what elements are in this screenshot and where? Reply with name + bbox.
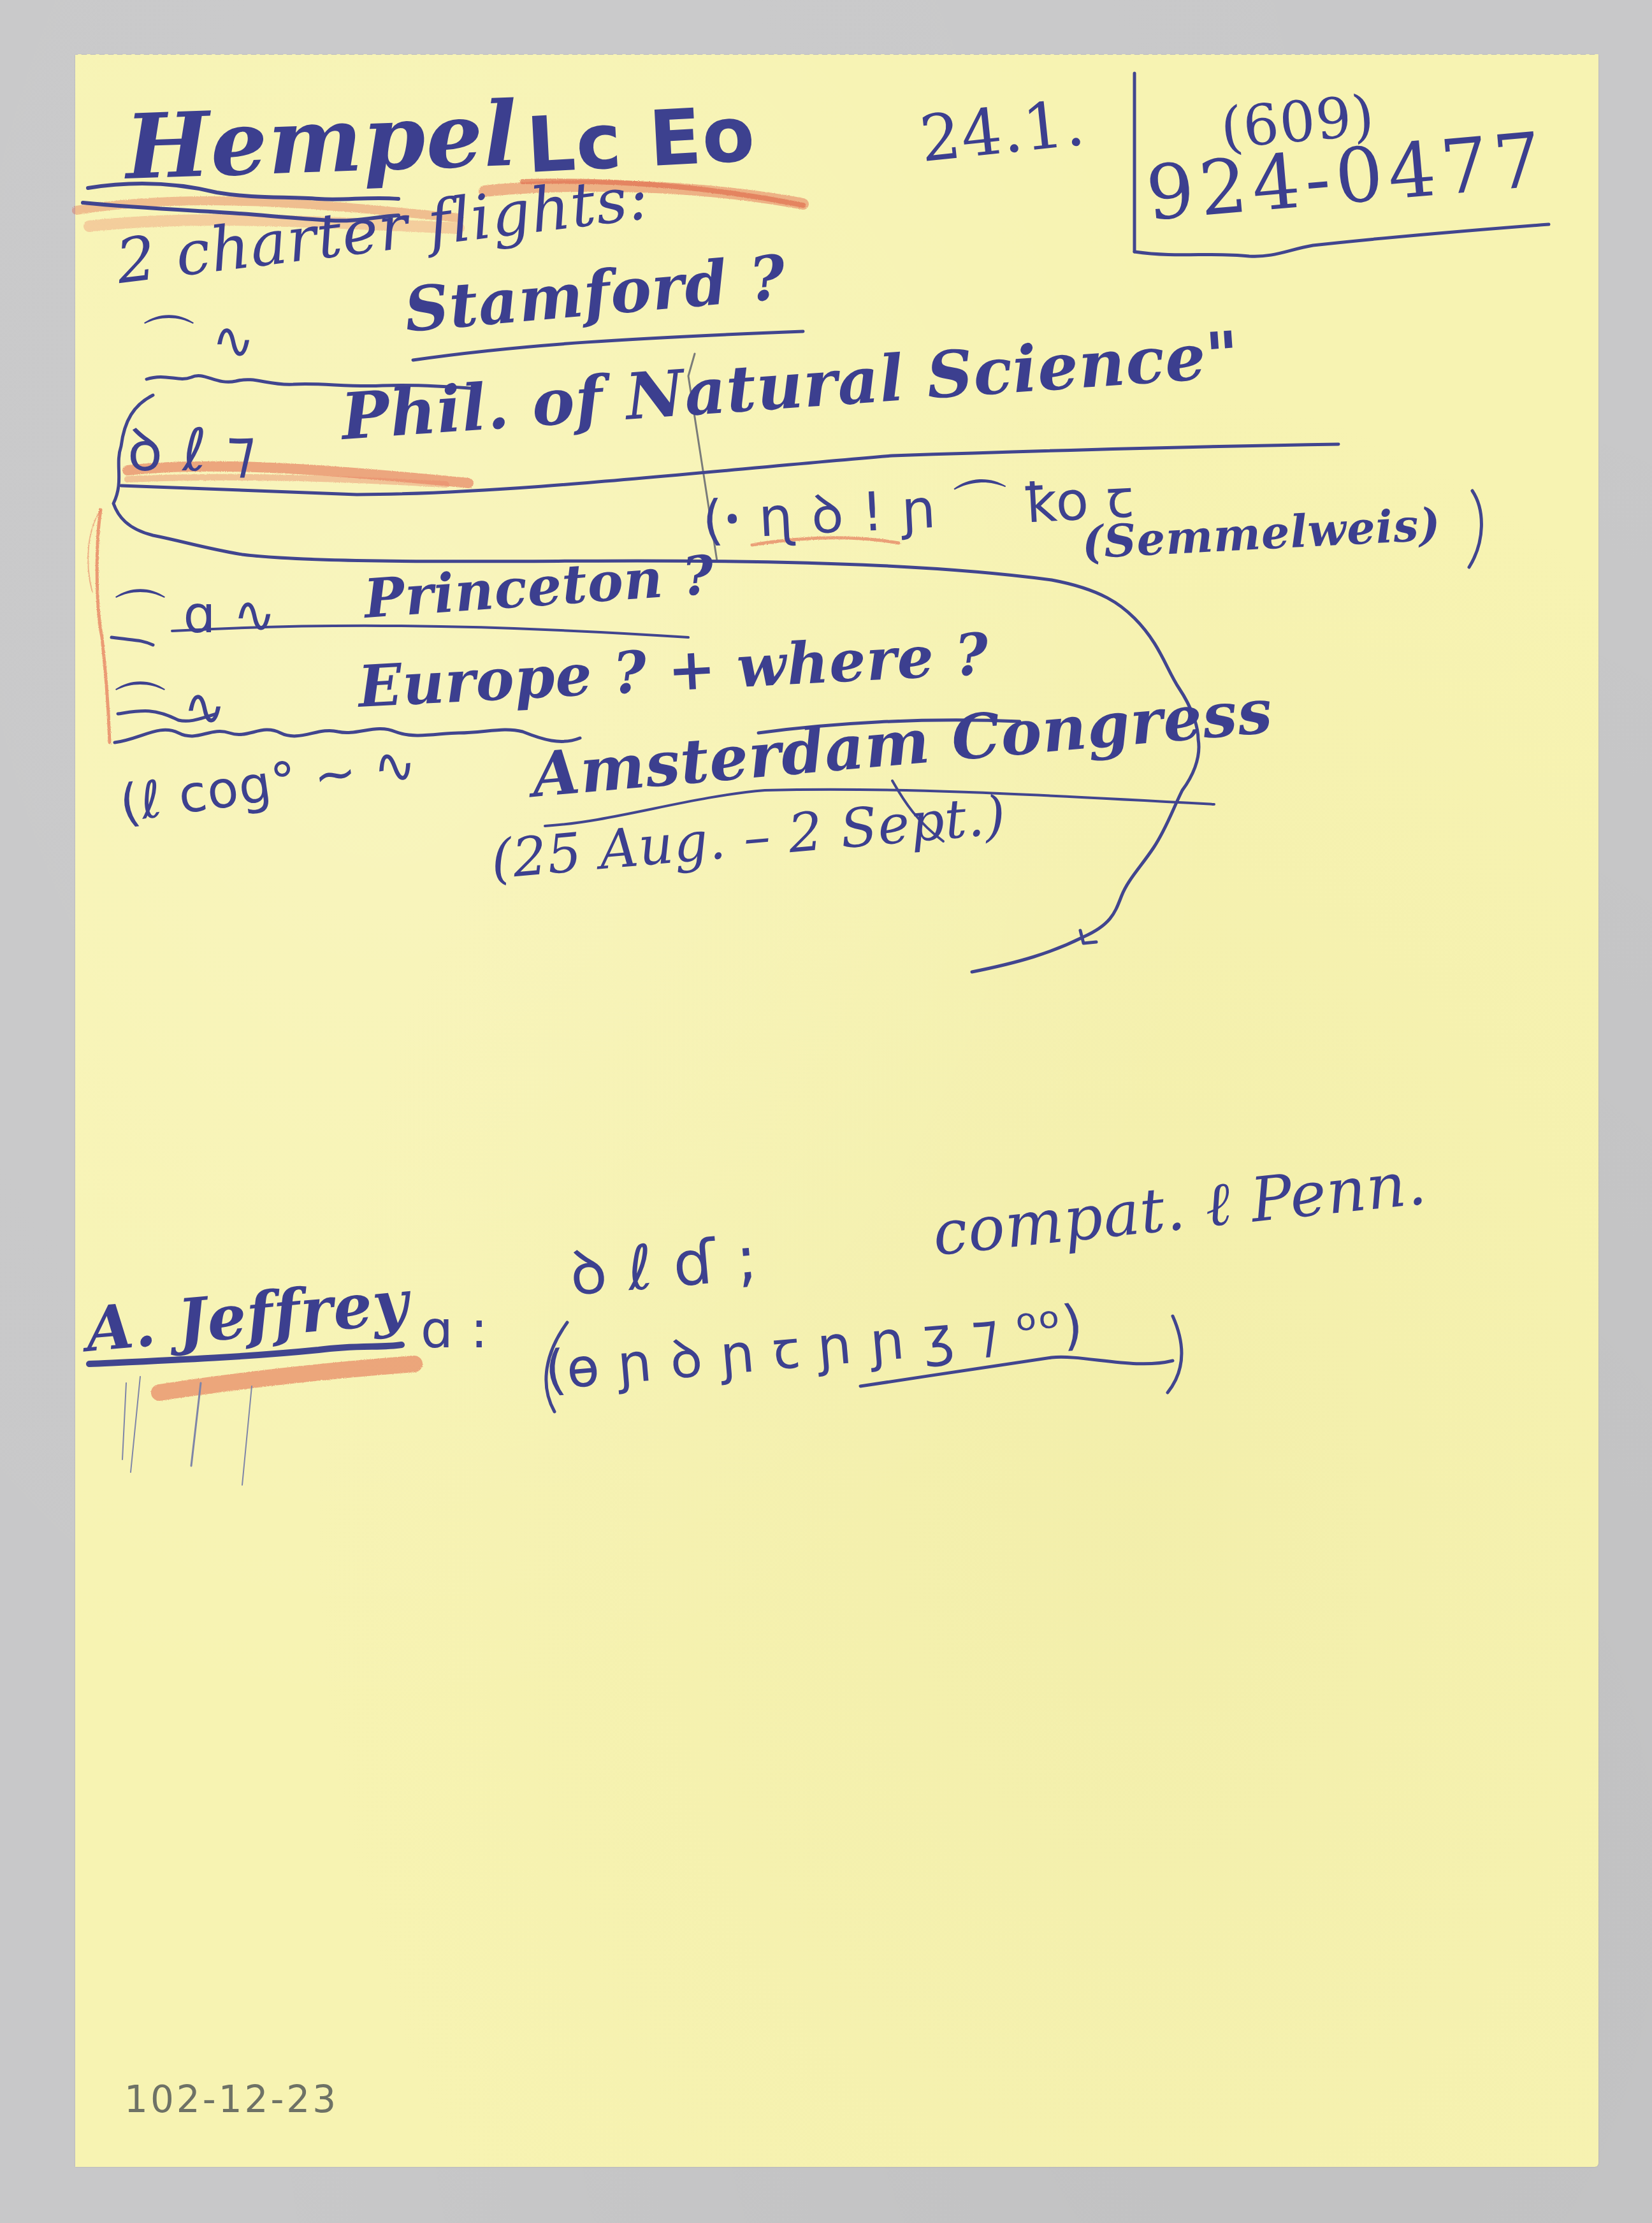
line-stamford-shorthand: ⌒ ∿ [143,300,255,373]
footer-shorthand-suffix: ɑ : [421,1300,488,1359]
footer-shorthand-mid: ꝺ ℓ ɗ ; [567,1214,761,1314]
header-name: Hempel [124,82,519,200]
line-europe-shorthand: ⌒ ∿ [115,666,226,739]
line-princeton-shorthand: ⌒ ɑ ∿ [115,574,277,647]
archive-catalog-number: 102-12-23 [124,2078,338,2121]
line-phil-shorthand: ꝺ ℓ ⁊ [127,408,256,488]
